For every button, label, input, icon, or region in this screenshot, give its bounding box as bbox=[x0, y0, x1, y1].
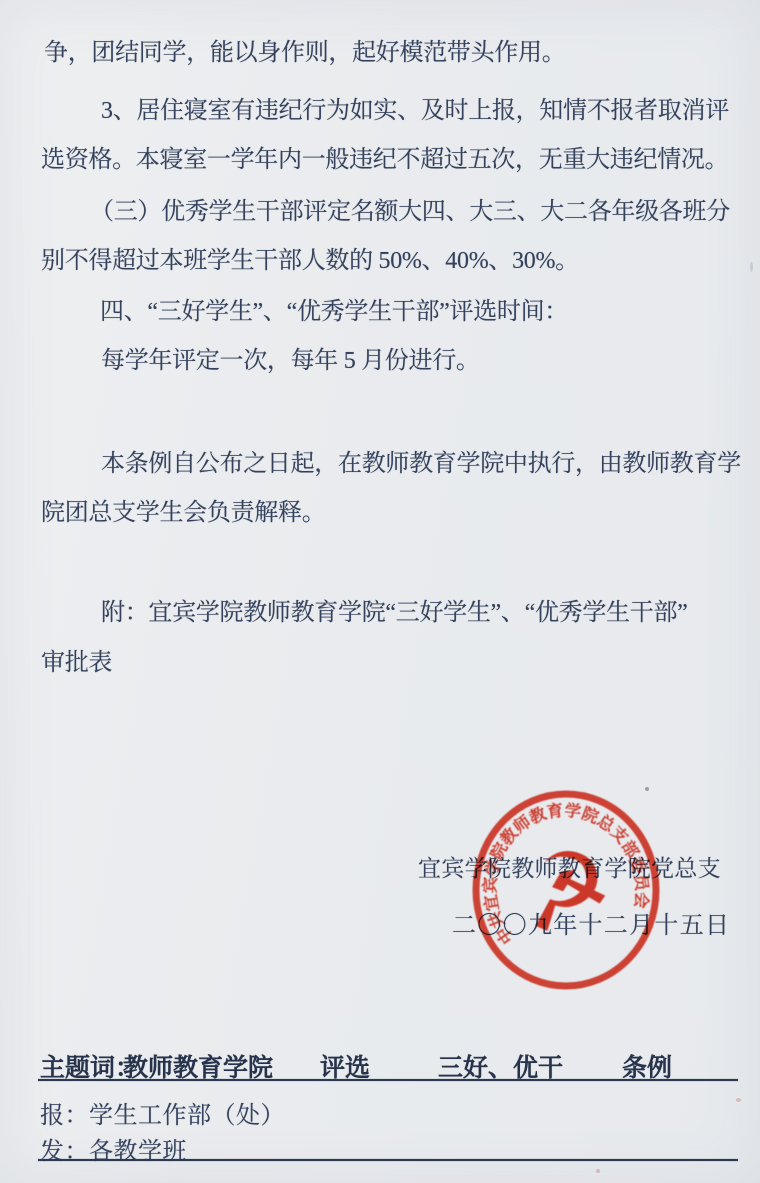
scan-speck bbox=[596, 1169, 600, 1173]
horizontal-rule bbox=[38, 1159, 738, 1161]
body-line: 选资格。本寝室一学年内一般违纪不超过五次，无重大违纪情况。 bbox=[41, 145, 728, 175]
body-line: 争，团结同学，能以身作则，起好模范带头作用。 bbox=[44, 38, 565, 68]
body-line: （三）优秀学生干部评定名额大四、大三、大二各年级各班分 bbox=[90, 197, 730, 227]
body-line: 附：宜宾学院教师教育学院“三好学生”、“优秀学生干部” bbox=[101, 598, 688, 628]
body-line: 每学年评定一次，每年 5 月份进行。 bbox=[101, 346, 480, 376]
body-line: 院团总支学生会负责解释。 bbox=[41, 498, 325, 528]
body-line: 3、居住寝室有违纪行为如实、及时上报，知情不报者取消评 bbox=[101, 96, 729, 126]
body-line: 别不得超过本班学生干部人数的 50%、40%、30%。 bbox=[41, 246, 579, 276]
report-to-line: 报：学生工作部（处） bbox=[40, 1095, 285, 1130]
scan-speck bbox=[736, 1098, 741, 1102]
body-line: 本条例自公布之日起，在教师教育学院中执行，由教师教育学 bbox=[101, 449, 741, 479]
horizontal-rule bbox=[38, 1079, 738, 1081]
scanned-document-page: 争，团结同学，能以身作则，起好模范带头作用。 3、居住寝室有违纪行为如实、及时上… bbox=[0, 0, 760, 1183]
body-line: 审批表 bbox=[41, 648, 112, 678]
scan-speck bbox=[750, 262, 753, 272]
hammer-sickle-icon: ☭ bbox=[509, 824, 623, 959]
official-seal: 中共宜宾学院教师教育学院总支部委员会 ☭ bbox=[466, 785, 666, 995]
body-line: 四、“三好学生”、“优秀学生干部”评选时间： bbox=[100, 297, 568, 327]
